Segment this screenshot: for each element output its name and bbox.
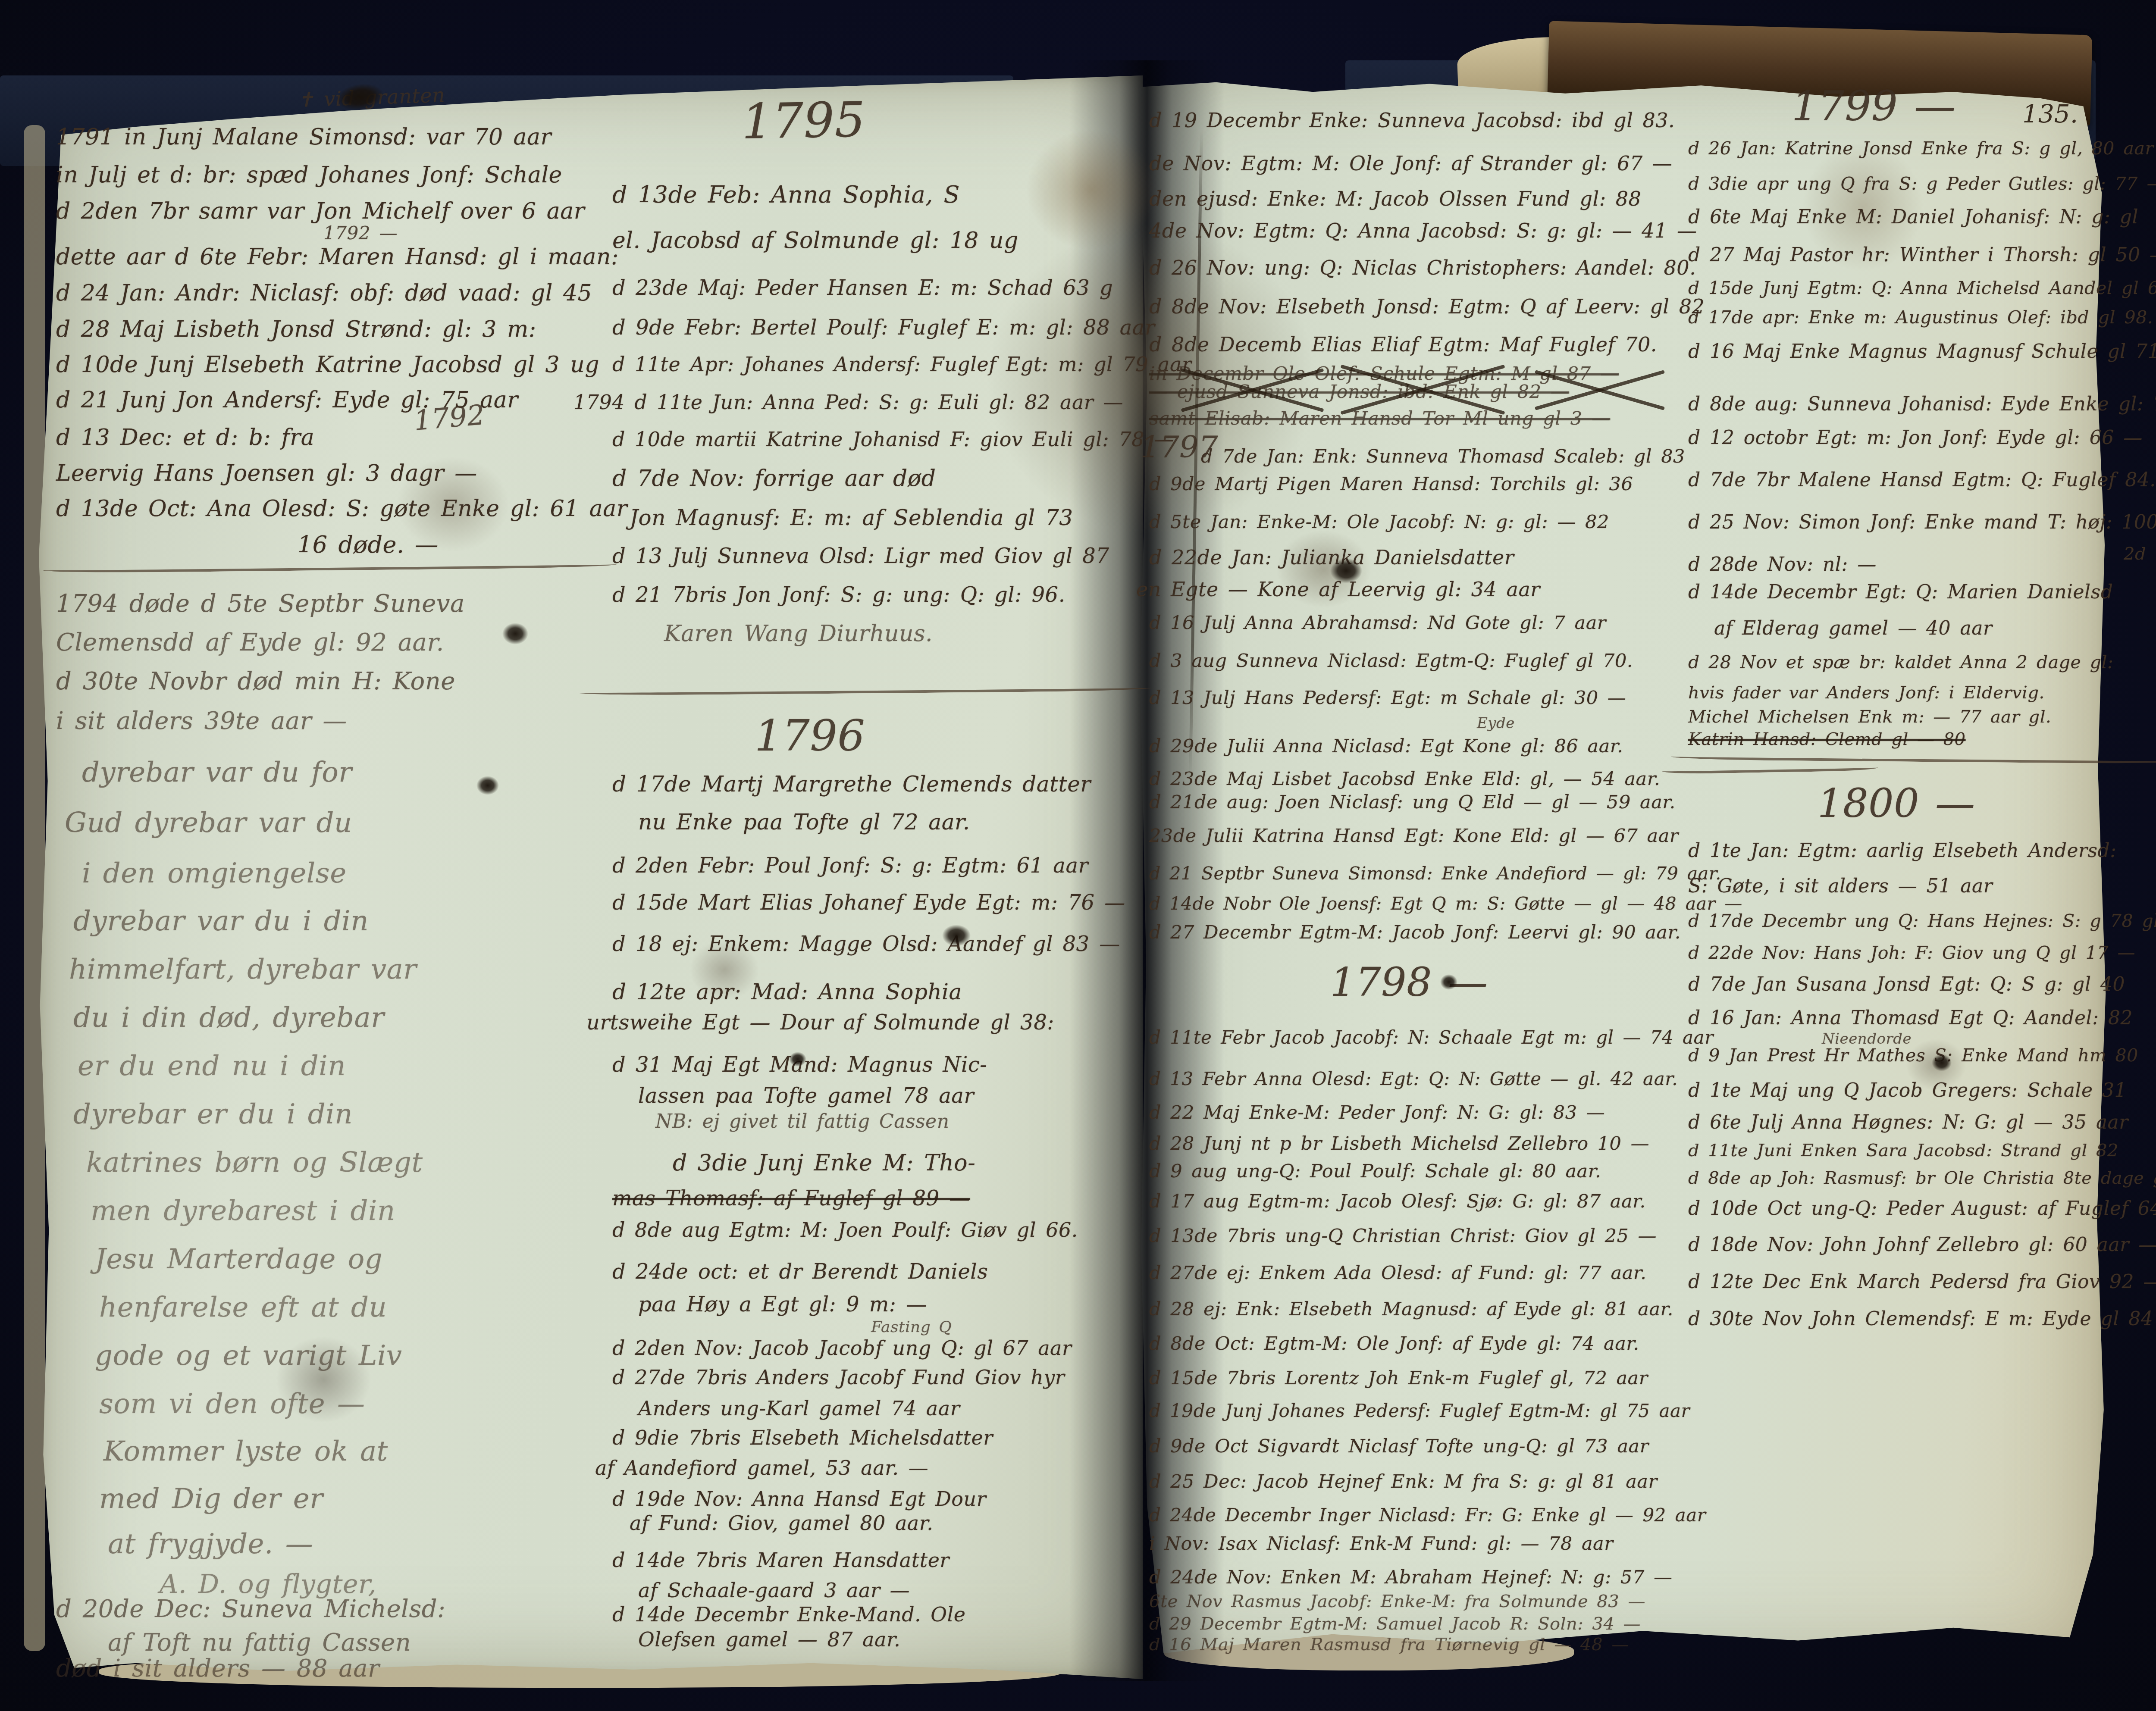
register-line: d 26 Nov: ung: Q: Niclas Christophers: A… bbox=[1149, 256, 1696, 279]
register-line: 1791 in Junj Malane Simonsd: var 70 aar bbox=[56, 124, 552, 150]
register-line: som vi den ofte — bbox=[99, 1388, 365, 1420]
register-line: d 2den 7br samr var Jon Michelf over 6 a… bbox=[56, 198, 585, 224]
register-line: dyrebar var du for bbox=[82, 757, 352, 788]
register-line: d 5te Jan: Enke-M: Ole Jacobf: N: g: gl:… bbox=[1149, 511, 1609, 533]
register-line: d 16 Maj Enke Magnus Magnusf Schule gl 7… bbox=[1688, 341, 2156, 363]
register-line: d 22 Maj Enke-M: Peder Jonf: N: G: gl: 8… bbox=[1149, 1102, 1605, 1123]
column-1795-1796: 1795d 13de Feb: Anna Sophia, Sel. Jacobs… bbox=[612, 0, 1121, 1711]
register-line: d 11te Juni Enken Sara Jacobsd: Strand g… bbox=[1688, 1141, 2118, 1160]
register-line: 23de Julii Katrina Hansd Egt: Kone Eld: … bbox=[1149, 825, 1679, 847]
register-line: d 26 Jan: Katrine Jonsd Enke fra S: g gl… bbox=[1688, 138, 2153, 159]
register-line: d 29 Decembr Egtm-M: Samuel Jacob R: Sol… bbox=[1149, 1614, 1641, 1634]
register-line: d 11te Febr Jacob Jacobf: N: Schaale Egt… bbox=[1149, 1027, 1714, 1048]
register-line: nu Enke paa Tofte gl 72 aar. bbox=[638, 810, 970, 835]
register-line: lassen paa Tofte gamel 78 aar bbox=[638, 1084, 974, 1108]
register-line: d 13de 7bris ung-Q Christian Christ: Gio… bbox=[1149, 1225, 1657, 1247]
register-line: d 9de Martj Pigen Maren Hansd: Torchils … bbox=[1149, 473, 1633, 495]
register-line: d 17de Decembr ung Q: Hans Hejnes: S: g … bbox=[1688, 910, 2156, 931]
year-header-1792: 1792 — bbox=[323, 222, 398, 244]
register-line: d 12te apr: Mad: Anna Sophia bbox=[612, 979, 962, 1004]
register-line: d 17 aug Egtm-m: Jacob Olesf: Sjø: G: gl… bbox=[1149, 1191, 1646, 1212]
cross-out-mark bbox=[1341, 341, 1505, 440]
register-line: d 19 Decembr Enke: Sunneva Jacobsd: ibd … bbox=[1149, 109, 1675, 132]
register-line: d 12te Dec Enk March Pedersd fra Giov 92… bbox=[1688, 1271, 2156, 1293]
register-line: Clemensdd af Eyde gl: 92 aar. bbox=[56, 629, 444, 657]
cross-out-mark bbox=[1181, 345, 1324, 435]
year-scrawl-1792: 1792 bbox=[413, 399, 486, 437]
register-line: henfarelse eft at du bbox=[99, 1292, 387, 1323]
register-line: d 7de Jan: Enk: Sunneva Thomasd Scaleb: … bbox=[1201, 446, 1685, 467]
year-header-1795: 1795 bbox=[741, 92, 866, 150]
register-line: d 13de Oct: Ana Olesd: S: gøte Enke gl: … bbox=[56, 496, 627, 522]
page-number: 135. bbox=[2022, 99, 2078, 128]
register-line: d 30te Nov John Clemendsf: E m: Eyde gl … bbox=[1688, 1308, 2156, 1330]
register-line: d 22de Nov: Hans Joh: F: Giov ung Q gl 1… bbox=[1688, 942, 2135, 963]
register-line: Gud dyrebar var du bbox=[65, 807, 352, 839]
register-line: d 28 Junj nt p br Lisbeth Michelsd Zelle… bbox=[1149, 1133, 1649, 1154]
register-line: d 8de Nov: Elsebeth Jonsd: Egtm: Q af Le… bbox=[1149, 295, 1705, 318]
register-line: d 21 Septbr Suneva Simonsd: Enke Andefio… bbox=[1149, 863, 1721, 884]
register-line: d 8de aug: Sunneva Johanisd: Eyde Enke g… bbox=[1688, 393, 2156, 415]
year-header-1798: 1798 — bbox=[1330, 959, 1488, 1005]
register-line: d 23de Maj Lisbet Jacobsd Enke Eld: gl, … bbox=[1149, 768, 1660, 790]
register-line: d 20de Dec: Suneva Michelsd: bbox=[56, 1595, 445, 1623]
register-line: d 30te Novbr død min H: Kone bbox=[56, 667, 455, 695]
register-line: d 17de Martj Margrethe Clemends datter bbox=[612, 772, 1091, 797]
register-line: den ejusd: Enke: M: Jacob Olssen Fund gl… bbox=[1149, 187, 1641, 210]
register-line: d 8de ap Joh: Rasmusf: br Ole Christia 8… bbox=[1688, 1168, 2156, 1188]
register-line: i sit alders 39te aar — bbox=[56, 707, 347, 735]
register-line: gode og et varigt Liv bbox=[95, 1340, 402, 1372]
register-line: Karen Wang Diurhuus. bbox=[664, 621, 933, 647]
register-line: d 28 ej: Enk: Elsebeth Magnusd: af Eyde … bbox=[1149, 1298, 1673, 1320]
register-line: med Dig der er bbox=[99, 1483, 323, 1515]
register-line: mas Thomasf: af Fuglef gl 89 — bbox=[612, 1186, 970, 1211]
register-line: el. Jacobsd af Solmunde gl: 18 ug bbox=[612, 228, 1018, 253]
register-line: d 28 Maj Lisbeth Jonsd Strønd: gl: 3 m: bbox=[56, 316, 536, 342]
register-line: d 18 ej: Enkem: Magge Olsd: Aandef gl 83… bbox=[612, 932, 1120, 956]
register-line: d 16 Maj Maren Rasmusd fra Tiørnevig gl … bbox=[1149, 1635, 1629, 1655]
register-line: d 9de Oct Sigvardt Niclasf Tofte ung-Q: … bbox=[1149, 1436, 1649, 1457]
register-line: d 24de oct: et dr Berendt Daniels bbox=[612, 1260, 988, 1284]
register-line: d 3 aug Sunneva Niclasd: Egtm-Q: Fuglef … bbox=[1149, 650, 1633, 672]
register-line: d 24de Decembr Inger Niclasd: Fr: G: Enk… bbox=[1149, 1505, 1706, 1526]
register-line: in Julj et d: br: spæd Johanes Jonf: Sch… bbox=[56, 162, 562, 188]
register-line: d 15de Junj Egtm: Q: Anna Michelsd Aande… bbox=[1688, 278, 2156, 298]
register-line: d 24de Nov: Enken M: Abraham Hejnef: N: … bbox=[1149, 1567, 1673, 1588]
register-line: Olefsen gamel — 87 aar. bbox=[638, 1628, 900, 1651]
register-line: d 1te Maj ung Q Jacob Gregers: Schale 31 bbox=[1688, 1079, 2127, 1101]
register-line: at frygjyde. — bbox=[108, 1528, 313, 1560]
register-line: d 17de apr: Enke m: Augustinus Olef: ibd… bbox=[1688, 307, 2153, 328]
register-line: d 13 Febr Anna Olesd: Egt: Q: N: Gøtte —… bbox=[1149, 1068, 1678, 1089]
register-line: er du end nu i din bbox=[78, 1050, 346, 1082]
register-line: 4de Nov: Egtm: Q: Anna Jacobsd: S: g: gl… bbox=[1149, 219, 1697, 242]
year-header-1800: 1800 — bbox=[1818, 780, 1975, 826]
register-line: af Elderag gamel — 40 aar bbox=[1714, 617, 1993, 639]
register-line: d 19de Nov: Anna Hansd Egt Dour bbox=[612, 1487, 986, 1511]
cross-out-mark bbox=[1535, 345, 1664, 435]
register-line: dyrebar er du i din bbox=[73, 1098, 353, 1130]
register-line: d 7de Jan Susana Jonsd Egt: Q: S g: gl 4… bbox=[1688, 973, 2125, 995]
year-header-1796: 1796 bbox=[755, 710, 865, 761]
register-line: d 21 7bris Jon Jonf: S: g: ung: Q: gl: 9… bbox=[612, 583, 1065, 607]
year-header-1799: 1799 — bbox=[1792, 82, 1956, 130]
ink-rule bbox=[1662, 764, 1878, 774]
register-line: d 23de Maj: Peder Hansen E: m: Schad 63 … bbox=[612, 276, 1113, 300]
register-line: d 6te Maj Enke M: Daniel Johanisf: N: g:… bbox=[1688, 206, 2138, 228]
register-line: d 8de aug Egtm: M: Joen Poulf: Giøv gl 6… bbox=[612, 1218, 1078, 1242]
register-line: d 9de Febr: Bertel Poulf: Fuglef E: m: g… bbox=[612, 316, 1155, 340]
ink-rule bbox=[43, 561, 617, 573]
register-line: S: Gøte, i sit alders — 51 aar bbox=[1688, 875, 1993, 897]
register-line: dette aar d 6te Febr: Maren Hansd: gl i … bbox=[56, 244, 619, 270]
register-line: d 9die 7bris Elsebeth Michelsdatter bbox=[612, 1426, 993, 1449]
column-1797-1798: d 19 Decembr Enke: Sunneva Jacobsd: ibd … bbox=[1149, 0, 1662, 1711]
register-line: d 3die Junj Enke M: Tho- bbox=[673, 1150, 975, 1176]
register-line: d 21de aug: Joen Niclasf: ung Q Eld — gl… bbox=[1149, 791, 1676, 813]
register-line: d 14de Nobr Ole Joensf: Egt Q m: S: Gøtt… bbox=[1149, 893, 1742, 914]
register-line: d 28 Nov et spæ br: kaldet Anna 2 dage g… bbox=[1688, 652, 2113, 673]
register-line: 1794 døde d 5te Septbr Suneva bbox=[56, 590, 465, 618]
register-line: af Aandefiord gamel, 53 aar. — bbox=[595, 1456, 928, 1480]
register-line: d 28de Nov: nl: — bbox=[1688, 554, 1877, 576]
register-line: d 6te Julj Anna Høgnes: N: G: gl — 35 aa… bbox=[1688, 1111, 2128, 1133]
deckle-edge-left bbox=[24, 125, 45, 1651]
register-line: d 19de Junj Johanes Pedersf: Fuglef Egtm… bbox=[1149, 1400, 1690, 1421]
register-line: d 16 Julj Anna Abrahamsd: Nd Gote gl: 7 … bbox=[1149, 612, 1606, 634]
register-line: Leervig Hans Joensen gl: 3 dagr — bbox=[56, 460, 477, 486]
register-line: d 10de Junj Elsebeth Katrine Jacobsd gl … bbox=[56, 352, 599, 378]
register-line: d 24 Jan: Andr: Niclasf: obf: død vaad: … bbox=[56, 280, 592, 306]
register-line: NB: ej givet til fattig Cassen bbox=[655, 1110, 949, 1132]
register-line: d 29de Julii Anna Niclasd: Egt Kone gl: … bbox=[1149, 735, 1623, 757]
register-line: Eyde bbox=[1477, 715, 1515, 732]
register-line: 16 døde. — bbox=[298, 531, 439, 558]
register-line: Jesu Marterdage og bbox=[95, 1243, 382, 1275]
register-line: d 2den Febr: Poul Jonf: S: g: Egtm: 61 a… bbox=[612, 854, 1088, 878]
register-line: 2d bbox=[2124, 544, 2146, 564]
register-line: urtsweihe Egt — Dour af Solmunde gl 38: bbox=[586, 1010, 1054, 1035]
register-spread: ✝ vid granten1791 in Junj Malane Simonsd… bbox=[0, 0, 2156, 1711]
register-line: d 1te Jan: Egtm: aarlig Elsebeth Andersd… bbox=[1688, 840, 2117, 862]
register-line: d 16 Jan: Anna Thomasd Egt Q: Aandel: 82 bbox=[1688, 1007, 2133, 1029]
register-line: d 25 Nov: Simon Jonf: Enke mand T: høj: … bbox=[1688, 511, 2156, 533]
ink-rule bbox=[578, 685, 1151, 696]
register-line: 6te Nov Rasmus Jacobf: Enke-M: fra Solmu… bbox=[1149, 1592, 1645, 1611]
register-line: d 27 Maj Pastor hr: Winther i Thorsh: gl… bbox=[1688, 244, 2156, 266]
register-line: katrines børn og Slægt bbox=[86, 1147, 423, 1179]
register-line: d 27de ej: Enkem Ada Olesd: af Fund: gl:… bbox=[1149, 1262, 1646, 1284]
register-line: Fasting Q bbox=[871, 1318, 952, 1336]
register-line: d 25 Dec: Jacob Hejnef Enk: M fra S: g: … bbox=[1149, 1471, 1658, 1492]
register-line: Jon Magnusf: E: m: af Seblendia gl 73 bbox=[630, 505, 1073, 530]
register-line: d 12 octobr Egt: m: Jon Jonf: Eyde gl: 6… bbox=[1688, 427, 2143, 449]
register-line: d 10de Oct ung-Q: Peder August: af Fugle… bbox=[1688, 1198, 2156, 1220]
register-line: d 27 Decembr Egtm-M: Jacob Jonf: Leervi … bbox=[1149, 922, 1681, 943]
column-1791-1794: ✝ vid granten1791 in Junj Malane Simonsd… bbox=[56, 0, 612, 1711]
register-line: de Nov: Egtm: M: Ole Jonf: af Strander g… bbox=[1149, 152, 1672, 175]
register-line: d 9 aug ung-Q: Poul Poulf: Schale gl: 80… bbox=[1149, 1160, 1601, 1182]
register-line: d 18de Nov: John Johnf Zellebro gl: 60 a… bbox=[1688, 1234, 2156, 1256]
register-line: Anders ung-Karl gamel 74 aar bbox=[638, 1397, 960, 1420]
register-line: Kommer lyste ok at bbox=[103, 1436, 388, 1467]
register-line: dyrebar var du i din bbox=[73, 905, 369, 937]
register-line: paa Høy a Egt gl: 9 m: — bbox=[638, 1292, 927, 1317]
register-line: død i sit alders — 88 aar bbox=[56, 1655, 379, 1683]
register-line: d 2den Nov: Jacob Jacobf ung Q: gl 67 aa… bbox=[612, 1336, 1072, 1360]
register-line: himmelfart, dyrebar var bbox=[69, 954, 417, 985]
column-1799-1800: 1799 —d 26 Jan: Katrine Jonsd Enke fra S… bbox=[1688, 0, 2098, 1711]
register-line: d 13 Julj Sunneva Olsd: Ligr med Giov gl… bbox=[612, 544, 1109, 568]
register-line: 1794 d 11te Jun: Anna Ped: S: g: Euli gl… bbox=[573, 391, 1123, 414]
register-line: i Nov: Isax Niclasf: Enk-M Fund: gl: — 7… bbox=[1149, 1533, 1613, 1555]
register-line: d 8de Oct: Egtm-M: Ole Jonf: af Eyde gl:… bbox=[1149, 1333, 1639, 1354]
register-line: d 3die apr ung Q fra S: g Peder Gutles: … bbox=[1688, 173, 2156, 194]
register-line: d 15de Mart Elias Johanef Eyde Egt: m: 7… bbox=[612, 891, 1125, 915]
register-line: Michel Michelsen Enk m: — 77 aar gl. bbox=[1688, 707, 2051, 727]
register-line: hvis fader var Anders Jonf: i Eldervig. bbox=[1688, 683, 2045, 703]
register-line: d 7de Nov: forrige aar død bbox=[612, 466, 936, 491]
register-line: d 13de Feb: Anna Sophia, S bbox=[612, 181, 960, 208]
register-line: men dyrebarest i din bbox=[91, 1195, 395, 1227]
register-line: af Fund: Giov, gamel 80 aar. bbox=[630, 1511, 933, 1535]
register-line: af Schaale-gaard 3 aar — bbox=[638, 1579, 910, 1602]
register-line: d 13 Dec: et d: b: fra bbox=[56, 425, 314, 450]
register-line: d 10de martii Katrine Johanisd F: giov E… bbox=[612, 428, 1174, 451]
register-line: d 15de 7bris Lorentz Joh Enk-m Fuglef gl… bbox=[1149, 1367, 1648, 1389]
register-line: d 7de 7br Malene Hansd Egtm: Q: Fuglef 8… bbox=[1688, 469, 2156, 491]
register-line: i den omgiengelse bbox=[82, 857, 347, 889]
register-line: Katrin Hansd: Clemd gl — 80 bbox=[1688, 729, 1966, 749]
ink-rule bbox=[1671, 754, 2156, 764]
register-line: d 14de 7bris Maren Hansdatter bbox=[612, 1548, 950, 1572]
register-line: af Toft nu fattig Cassen bbox=[108, 1629, 411, 1657]
register-line: d 27de 7bris Anders Jacobf Fund Giov hyr bbox=[612, 1366, 1065, 1389]
register-line: d 14de Decembr Egt: Q: Marien Danielsd bbox=[1688, 581, 2113, 603]
register-line: d 13 Julj Hans Pedersf: Egt: m Schale gl… bbox=[1149, 687, 1626, 709]
register-line: d 9 Jan Prest Hr Mathes S: Enke Mand hm … bbox=[1688, 1045, 2138, 1066]
register-line: du i din død, dyrebar bbox=[73, 1002, 384, 1034]
register-line: d 14de Decembr Enke-Mand. Ole bbox=[612, 1603, 966, 1626]
register-line: d 11te Apr: Johanes Andersf: Fuglef Egt:… bbox=[612, 353, 1191, 376]
